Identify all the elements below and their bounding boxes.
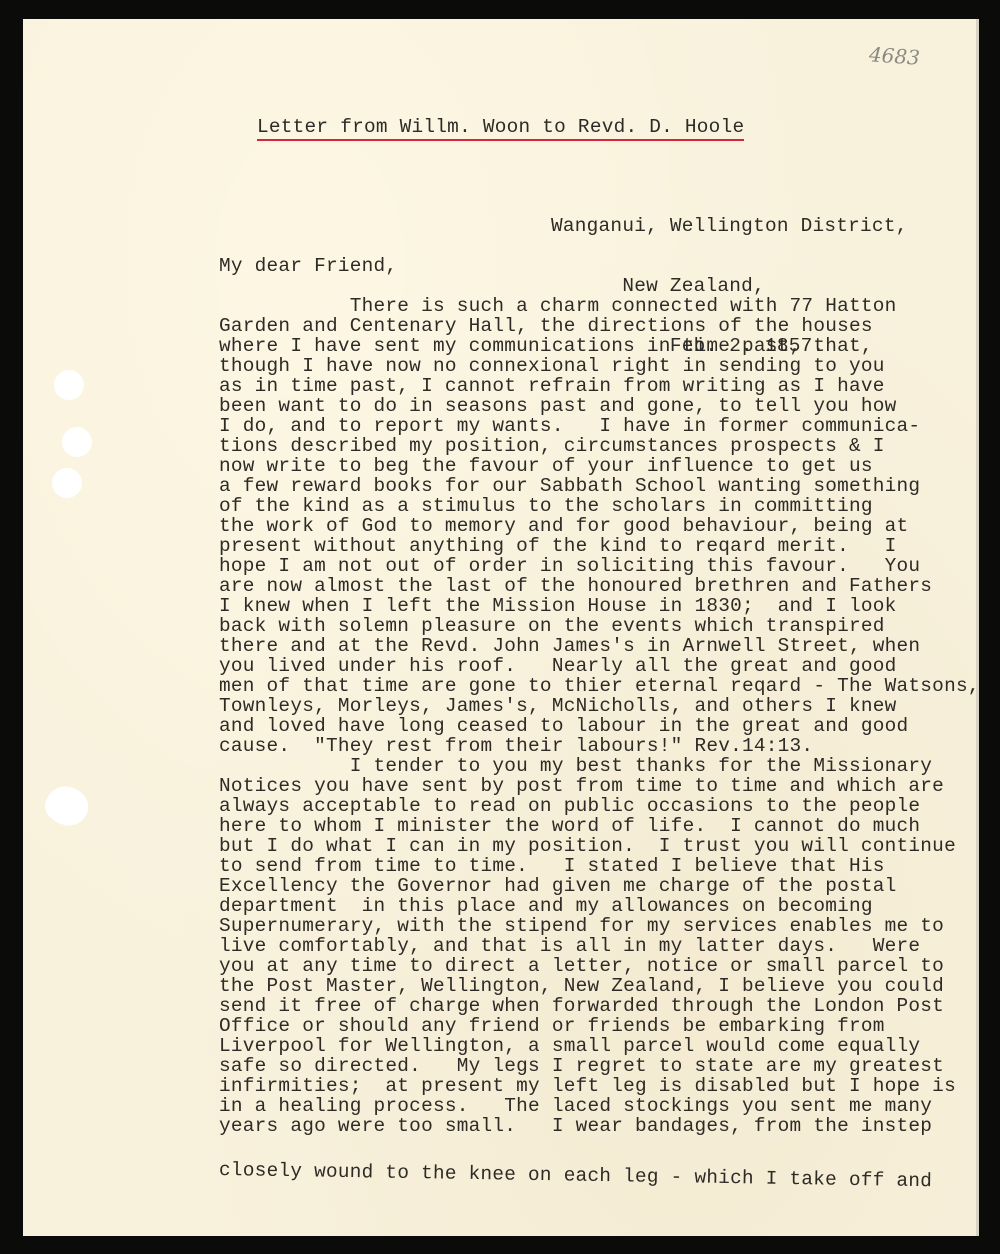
body-line: and loved have long ceased to labour in … [219, 716, 980, 736]
body-line: Supernumerary, with the stipend for my s… [219, 916, 980, 936]
body-line: back with solemn pleasure on the events … [219, 616, 980, 636]
body-line: here to whom I minister the word of life… [219, 816, 980, 836]
archive-number: 4683 [868, 42, 920, 69]
body-line: cause. "They rest from their labours!" R… [219, 736, 980, 756]
body-line: Townleys, Morleys, James's, McNicholls, … [219, 696, 980, 716]
body-line: men of that time are gone to thier etern… [219, 676, 980, 696]
body-line: though I have now no connexional right i… [219, 356, 980, 376]
body-line: Notices you have sent by post from time … [219, 776, 980, 796]
body-line: I tender to you my best thanks for the M… [219, 756, 980, 776]
body-line: safe so directed. My legs I regret to st… [219, 1056, 980, 1076]
body-line: send it free of charge when forwarded th… [219, 996, 980, 1016]
body-line: as in time past, I cannot refrain from w… [219, 376, 980, 396]
body-line: Excellency the Governor had given me cha… [219, 876, 980, 896]
punch-hole [62, 427, 92, 457]
body-line: tions described my position, circumstanc… [219, 436, 980, 456]
body-line: a few reward books for our Sabbath Schoo… [219, 476, 980, 496]
punch-hole [54, 370, 84, 400]
body-line: There is such a charm connected with 77 … [219, 296, 980, 316]
body-line: you at any time to direct a letter, noti… [219, 956, 980, 976]
body-line: I knew when I left the Mission House in … [219, 596, 980, 616]
body-line: but I do what I can in my position. I tr… [219, 836, 980, 856]
letter-body: There is such a charm connected with 77 … [219, 296, 980, 1136]
body-line: always acceptable to read on public occa… [219, 796, 980, 816]
body-line: I do, and to report my wants. I have in … [219, 416, 980, 436]
body-line: Liverpool for Wellington, a small parcel… [219, 1036, 980, 1056]
body-line: department in this place and my allowanc… [219, 896, 980, 916]
body-line: the Post Master, Wellington, New Zealand… [219, 976, 980, 996]
body-line: to send from time to time. I stated I be… [219, 856, 980, 876]
body-line: where I have sent my communications in t… [219, 336, 980, 356]
body-line: present without anything of the kind to … [219, 536, 980, 556]
body-line: now write to beg the favour of your infl… [219, 456, 980, 476]
body-line: infirmities; at present my left leg is d… [219, 1076, 980, 1096]
body-line: years ago were too small. I wear bandage… [219, 1116, 980, 1136]
letter-title: Letter from Willm. Woon to Revd. D. Hool… [257, 116, 744, 141]
body-line: the work of God to memory and for good b… [219, 516, 980, 536]
body-line: there and at the Revd. John James's in A… [219, 636, 980, 656]
body-line: you lived under his roof. Nearly all the… [219, 656, 980, 676]
body-line: been want to do in seasons past and gone… [219, 396, 980, 416]
body-line: in a healing process. The laced stocking… [219, 1096, 980, 1116]
body-line: live comfortably, and that is all in my … [219, 936, 980, 956]
address-line: Wanganui, Wellington District, [551, 216, 908, 236]
body-line: Office or should any friend or friends b… [219, 1016, 980, 1036]
salutation: My dear Friend, [219, 256, 397, 276]
body-line: Garden and Centenary Hall, the direction… [219, 316, 980, 336]
body-line: hope I am not out of order in soliciting… [219, 556, 980, 576]
body-line: of the kind as a stimulus to the scholar… [219, 496, 980, 516]
address-line: New Zealand, [551, 276, 908, 296]
body-line: are now almost the last of the honoured … [219, 576, 980, 596]
punch-hole [52, 468, 82, 498]
